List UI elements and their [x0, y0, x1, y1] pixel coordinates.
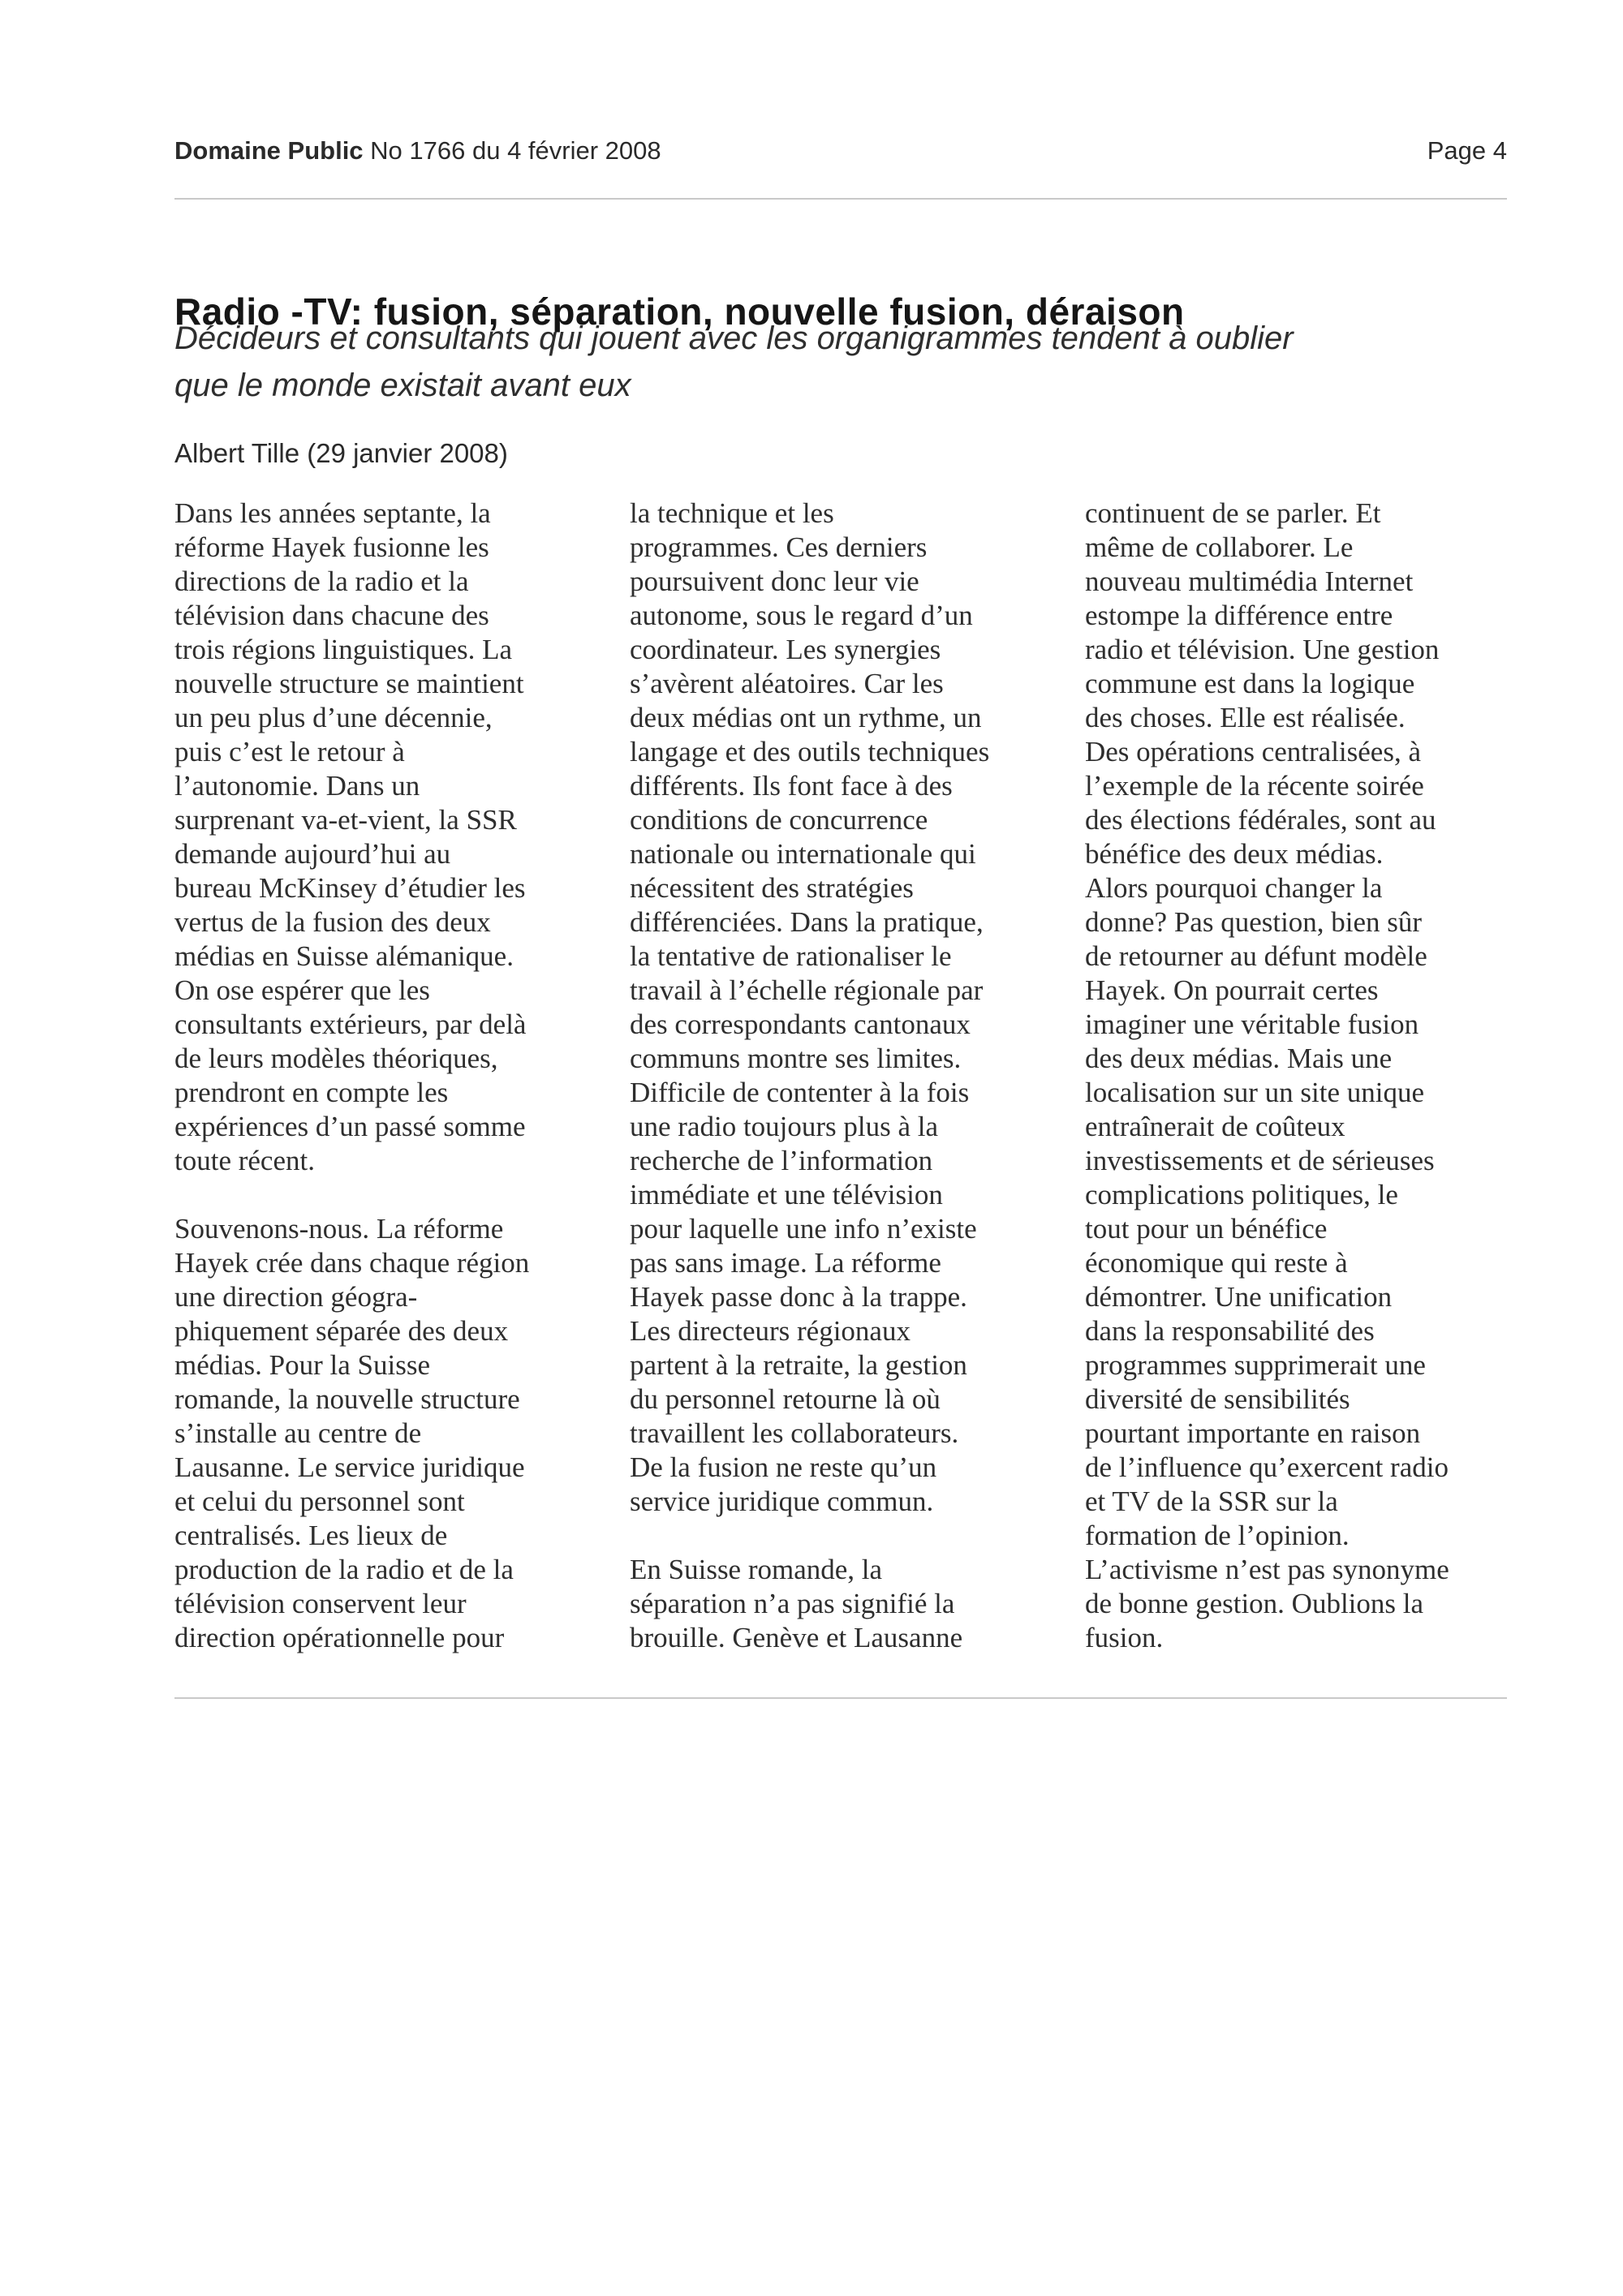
paragraph: Dans les années septante, la réforme Hay… [174, 497, 596, 1178]
header-left: Domaine Public No 1766 du 4 février 2008 [174, 136, 661, 166]
body-column-3: continuent de se parler. Et même de coll… [1085, 497, 1507, 1689]
article-subtitle: Décideurs et consultants qui jouent avec… [174, 315, 1507, 409]
paragraph: Souvenons-nous. La réforme Hayek crée da… [174, 1212, 596, 1655]
body-column-1: Dans les années septante, la réforme Hay… [174, 497, 596, 1689]
header-divider [174, 198, 1507, 200]
paragraph: la technique et les programmes. Ces dern… [630, 497, 1052, 1519]
document-page: Domaine Public No 1766 du 4 février 2008… [0, 0, 1623, 2296]
page-number: Page 4 [1427, 136, 1507, 166]
footer-divider [174, 1697, 1507, 1699]
issue-info: No 1766 du 4 février 2008 [370, 136, 661, 165]
body-column-2: la technique et les programmes. Ces dern… [630, 497, 1052, 1689]
paragraph: continuent de se parler. Et même de coll… [1085, 497, 1507, 1655]
article-body: Dans les années septante, la réforme Hay… [174, 497, 1507, 1689]
paragraph: En Suisse romande, la séparation n’a pas… [630, 1553, 1052, 1655]
publication-name: Domaine Public [174, 136, 364, 165]
page-header: Domaine Public No 1766 du 4 février 2008… [174, 136, 1507, 166]
article-byline: Albert Tille (29 janvier 2008) [174, 438, 508, 469]
